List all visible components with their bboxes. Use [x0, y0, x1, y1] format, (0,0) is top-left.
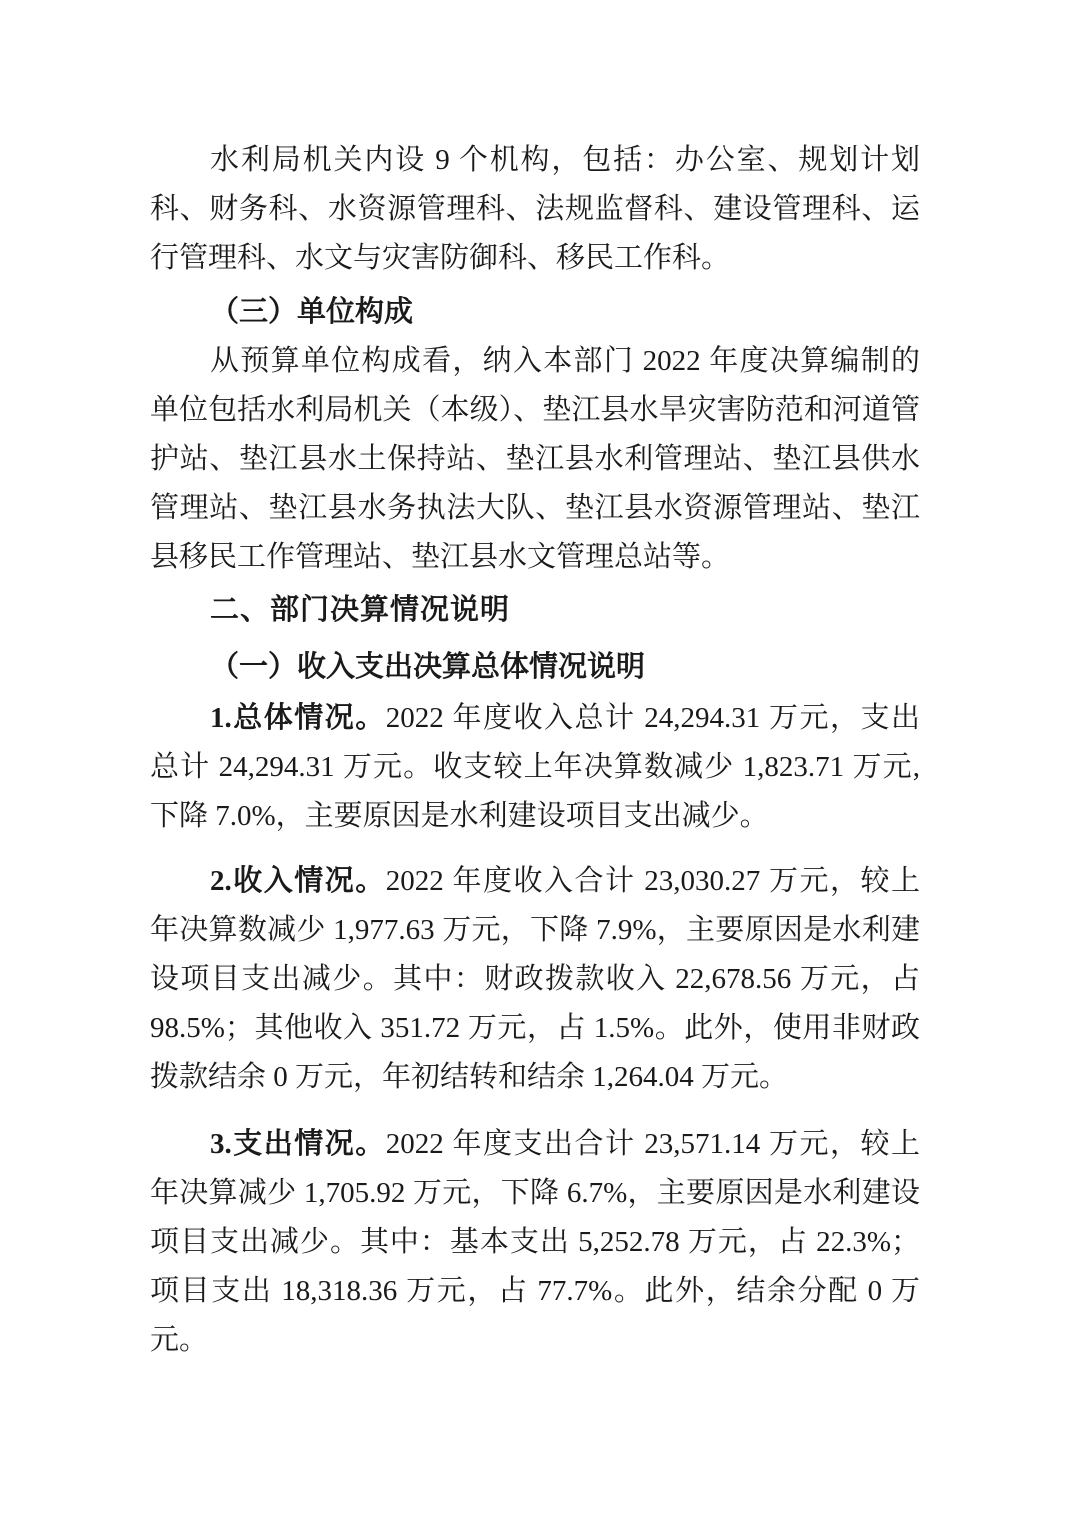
- heading-unit-composition: （三）单位构成: [150, 288, 920, 337]
- expenditure-situation-lead-label: 3.支出情况。: [210, 1128, 386, 1160]
- paragraph-budget-units: 从预算单位构成看，纳入本部门 2022 年度决算编制的单位包括水利局机关（本级）…: [150, 337, 920, 582]
- document-page: 水利局机关内设 9 个机构，包括：办公室、规划计划科、财务科、水资源管理科、法规…: [0, 0, 1075, 1521]
- heading-income-expenditure-overview: （一）收入支出决算总体情况说明: [150, 643, 920, 692]
- income-situation-lead-label: 2.收入情况。: [210, 865, 386, 897]
- paragraph-expenditure-situation: 3.支出情况。2022 年度支出合计 23,571.14 万元，较上年决算减少 …: [150, 1120, 920, 1365]
- paragraph-organization: 水利局机关内设 9 个机构，包括：办公室、规划计划科、财务科、水资源管理科、法规…: [150, 136, 920, 283]
- heading-final-accounts: 二、部门决算情况说明: [150, 586, 920, 635]
- expenditure-situation-text: 2022 年度支出合计 23,571.14 万元，较上年决算减少 1,705.9…: [150, 1128, 920, 1356]
- overall-situation-lead-label: 1.总体情况。: [210, 702, 386, 734]
- paragraph-income-situation: 2.收入情况。2022 年度收入合计 23,030.27 万元，较上年决算数减少…: [150, 857, 920, 1102]
- income-situation-text: 2022 年度收入合计 23,030.27 万元，较上年决算数减少 1,977.…: [150, 865, 920, 1093]
- paragraph-overall-situation: 1.总体情况。2022 年度收入总计 24,294.31 万元，支出总计 24,…: [150, 694, 920, 841]
